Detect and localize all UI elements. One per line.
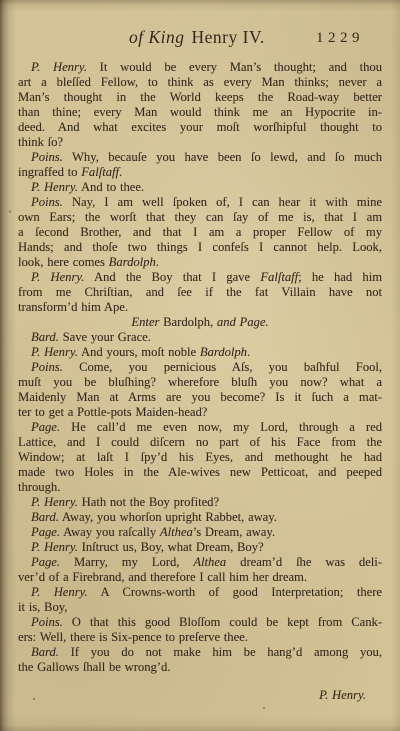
text-line: the Gallows ſhall be wrong’d. [18,660,382,675]
stage-direction: Enter Bardolph, and Page. [18,315,382,330]
text-line: muſt you be bluſhing? wherefore bluſh yo… [18,375,382,390]
text-line: Bard. Away, you whorſon upright Rabbet, … [18,510,382,525]
text-line: P. Henry. Inſtruct us, Boy, what Dream, … [18,540,382,555]
text-line: P. Henry. It would be every Man’s though… [18,60,382,75]
text-line: ingraffed to Falſtaff. [18,165,382,180]
page-title-italic: of King [129,27,185,47]
page-title: of KingHenry IV. [129,27,265,48]
catchword: P. Henry. [18,688,382,703]
text-line: ver’d of a Firebrand, and therefore I ca… [18,570,382,585]
text-line: Poins. Nay, I am well ſpoken of, I can h… [18,195,382,210]
text-line: Poins. Why, becauſe you have been ſo lew… [18,150,382,165]
text-line: transform’d him Ape. [18,300,382,315]
text-line: Poins. Come, you pernicious Aſs, you baſ… [18,360,382,375]
text-line: art a bleſſed Fellow, to think as every … [18,75,382,90]
page-title-roman: Henry IV. [192,27,265,47]
text-line: Hands; and thoſe two things I confeſs I … [18,240,382,255]
ink-speck [9,210,11,213]
text-line: P. Henry. A Crowns-worth of good Interpr… [18,585,382,600]
ink-speck [33,698,35,700]
running-head: of KingHenry IV. 1229 [0,27,400,51]
text-line: Poins. O that this good Bloſſom could be… [18,615,382,630]
text-line: Page. Marry, my Lord, Althea dream’d ſhe… [18,555,382,570]
text-line: P. Henry. And the Boy that I gave Falſta… [18,270,382,285]
text-line: Lattice, and I could diſcern no part of … [18,435,382,450]
text-line: ers: Well, there is Six-pence to preſerv… [18,630,382,645]
text-line: a ſecond Brother, and that I am a proper… [18,225,382,240]
text-line: Bard. Save your Grace. [18,330,382,345]
text-line: Window; at laſt I ſpy’d his Eyes, and me… [18,450,382,465]
text-line: think ſo? [18,135,382,150]
text-line: ter to get a Pottle-pots Maiden-head? [18,405,382,420]
text-line: P. Henry. And to thee. [18,180,382,195]
text-line: than thine; every Man would think me an … [18,105,382,120]
text-line: made two Holes in the Ale-wives new Pett… [18,465,382,480]
ink-speck [263,707,265,709]
text-line: Page. He call’d me even now, my Lord, th… [18,420,382,435]
text-line: Man’s thought in the World keeps the Roa… [18,90,382,105]
text-line: through. [18,480,382,495]
page-text: P. Henry. It would be every Man’s though… [18,60,382,703]
text-line: it is, Boy, [18,600,382,615]
text-line: P. Henry. And yours, moſt noble Bardolph… [18,345,382,360]
page-number: 1229 [316,30,364,47]
text-line: Page. Away you raſcally Althea’s Dream, … [18,525,382,540]
text-line: from me Chriſtian, and ſee if the fat Vi… [18,285,382,300]
text-line: deed. And what excites your moſt worſhip… [18,120,382,135]
text-line: look, here comes Bardolph. [18,255,382,270]
text-line: P. Henry. Hath not the Boy profited? [18,495,382,510]
text-line: Maidenly Man at Arms are you become? Is … [18,390,382,405]
text-line: own Ears; the worſt that they can ſay of… [18,210,382,225]
book-page: of KingHenry IV. 1229 P. Henry. It would… [0,0,400,731]
text-line: Bard. If you do not make him be hang’d a… [18,645,382,660]
